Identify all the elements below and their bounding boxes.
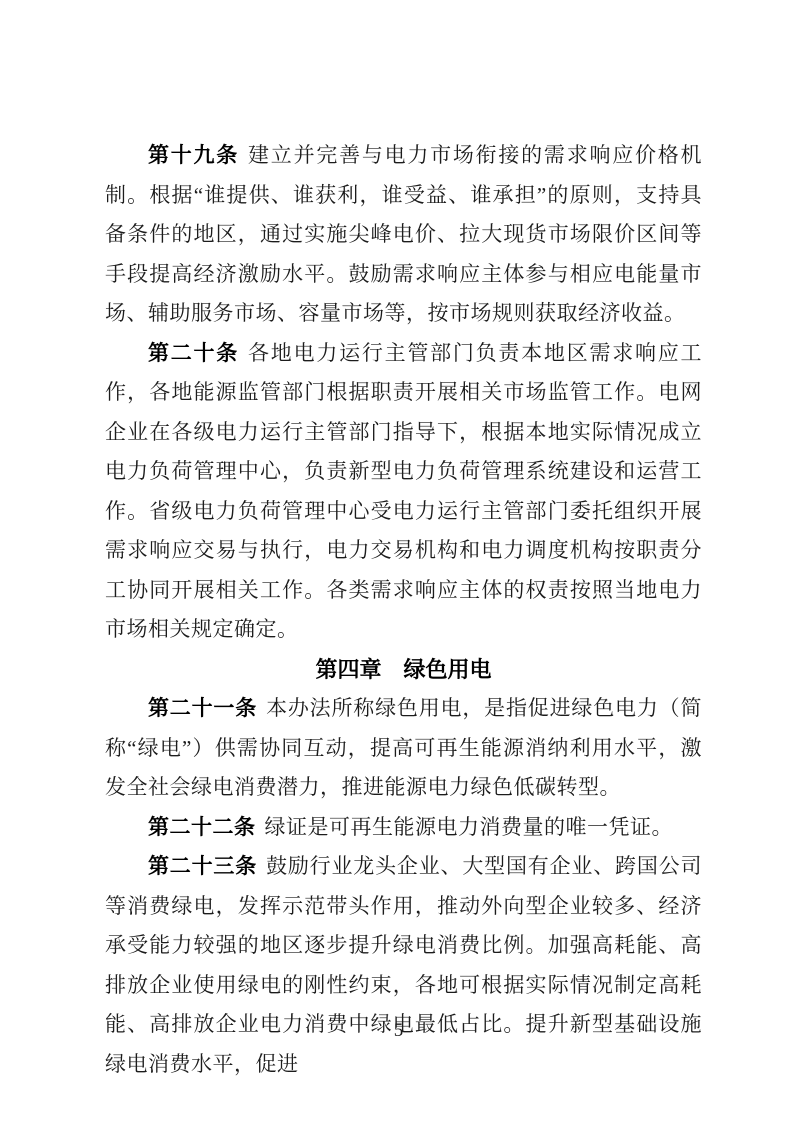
article-23-paragraph: 第二十三条鼓励行业龙头企业、大型国有企业、跨国公司等消费绿电，发挥示范带头作用，… [105, 847, 702, 1084]
document-content: 第十九条建立并完善与电力市场衔接的需求响应价格机制。根据“谁提供、谁获利，谁受益… [105, 136, 702, 1084]
article-20-paragraph: 第二十条各地电力运行主管部门负责本地区需求响应工作，各地能源监管部门根据职责开展… [105, 334, 702, 650]
article-19-number: 第十九条 [148, 144, 239, 167]
article-20-text: 各地电力运行主管部门负责本地区需求响应工作，各地能源监管部门根据职责开展相关市场… [105, 341, 702, 642]
article-22-text: 绿证是可再生能源电力消费量的唯一凭证。 [265, 815, 674, 839]
chapter-4-heading: 第四章 绿色用电 [105, 650, 702, 690]
article-19-paragraph: 第十九条建立并完善与电力市场衔接的需求响应价格机制。根据“谁提供、谁获利，谁受益… [105, 136, 702, 334]
article-22-number: 第二十二条 [148, 816, 256, 839]
article-23-number: 第二十三条 [148, 855, 257, 878]
article-19-text: 建立并完善与电力市场衔接的需求响应价格机制。根据“谁提供、谁获利，谁受益、谁承担… [105, 143, 702, 325]
article-21-number: 第二十一条 [148, 697, 257, 720]
document-page: 第十九条建立并完善与电力市场衔接的需求响应价格机制。根据“谁提供、谁获利，谁受益… [0, 0, 797, 1129]
article-21-paragraph: 第二十一条本办法所称绿色用电，是指促进绿色电力（简称“绿电”）供需协同互动，提高… [105, 689, 702, 808]
page-number: 5 [0, 1019, 797, 1043]
article-22-paragraph: 第二十二条绿证是可再生能源电力消费量的唯一凭证。 [105, 808, 702, 848]
article-20-number: 第二十条 [148, 342, 239, 365]
